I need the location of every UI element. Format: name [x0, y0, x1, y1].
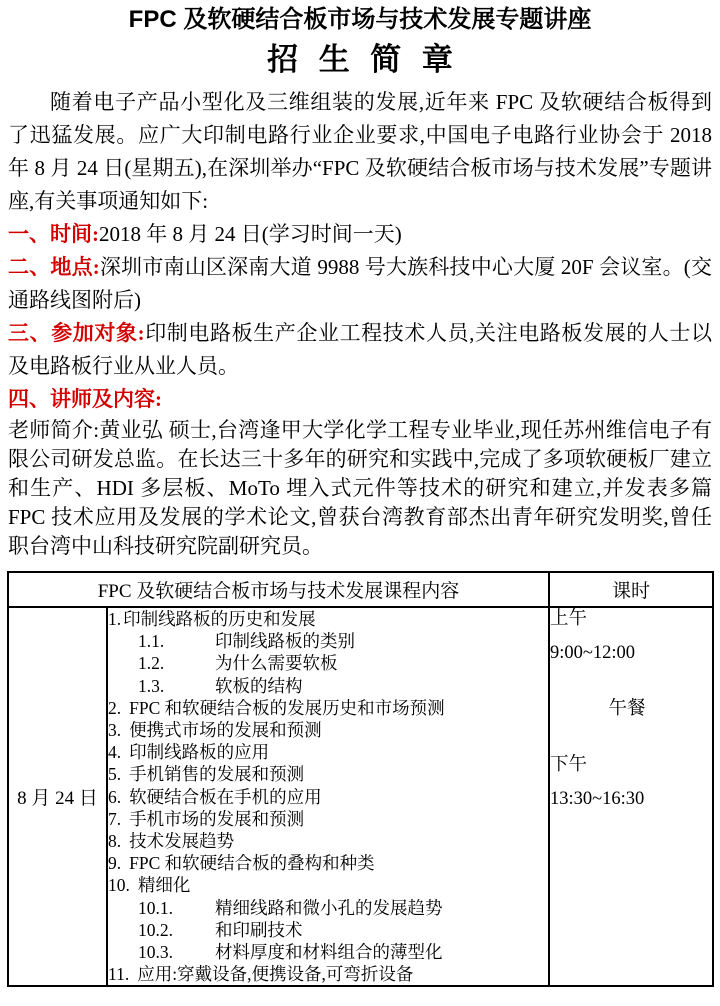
course-item-text: 精细线路和微小孔的发展趋势	[215, 898, 443, 918]
section-time: 一、时间:2018 年 8 月 24 日(学习时间一天)	[8, 218, 712, 251]
schedule-lunch-label: 午餐	[550, 698, 712, 720]
section-place-label: 二、地点:	[8, 255, 100, 279]
section-time-label: 一、时间:	[8, 222, 99, 246]
course-subitem: 10.3.材料厚度和材料组合的薄型化	[108, 941, 548, 963]
course-item: 5.手机销售的发展和预测	[108, 763, 548, 785]
date-cell: 8 月 24 日	[8, 607, 107, 986]
course-item: 3.便携式市场的发展和预测	[108, 719, 548, 741]
course-item-text: 应用:穿戴设备,便携设备,可弯折设备	[137, 964, 413, 984]
course-item: 10.精细化	[108, 874, 548, 896]
course-item-number: 10.	[108, 874, 130, 896]
section-content-label: 四、讲师及内容:	[8, 387, 162, 411]
course-item-number: 3.	[108, 719, 121, 741]
course-subitem: 1.2.为什么需要软板	[108, 652, 548, 674]
course-item-number: 1.3.	[138, 675, 215, 697]
course-item-number: 7.	[108, 808, 121, 830]
course-item-text: 和印刷技术	[215, 920, 303, 940]
course-item-text: FPC 和软硬结合板的叠构和种类	[129, 853, 375, 873]
course-item-text: 精细化	[138, 875, 191, 895]
course-item-number: 6.	[108, 786, 121, 808]
course-item: 8.技术发展趋势	[108, 830, 548, 852]
course-item-number: 4.	[108, 741, 121, 763]
section-content-heading: 四、讲师及内容:	[8, 383, 712, 416]
course-item: 7.手机市场的发展和预测	[108, 808, 548, 830]
course-item-text: FPC 和软硬结合板的发展历史和市场预测	[129, 698, 445, 718]
course-subitem: 1.1.印制线路板的类别	[108, 630, 548, 652]
course-item-text: 印制线路板的应用	[129, 742, 269, 762]
course-item-number: 1.	[108, 608, 121, 630]
section-time-text: 2018 年 8 月 24 日(学习时间一天)	[99, 222, 402, 246]
document-page: FPC 及软硬结合板市场与技术发展专题讲座 招 生 简 章 随着电子产品小型化及…	[0, 0, 720, 1006]
course-item-number: 10.2.	[138, 919, 215, 941]
course-subitem: 10.2.和印刷技术	[108, 919, 548, 941]
course-item-number: 10.1.	[138, 897, 215, 919]
course-subitem: 1.3.软板的结构	[108, 675, 548, 697]
course-item-text: 软硬结合板在手机的应用	[129, 787, 322, 807]
course-table-header-row: FPC 及软硬结合板市场与技术发展课程内容 课时	[8, 572, 713, 607]
course-list-cell: 1.印制线路板的历史和发展 1.1.印制线路板的类别 1.2.为什么需要软板 1…	[107, 607, 549, 986]
course-item-text: 手机市场的发展和预测	[129, 809, 304, 829]
schedule-morning-label: 上午	[550, 608, 712, 630]
course-item: 6.软硬结合板在手机的应用	[108, 786, 548, 808]
course-item-number: 9.	[108, 852, 121, 874]
body-text: 随着电子产品小型化及三维组装的发展,近年来 FPC 及软硬结合板得到了迅猛发展。…	[0, 86, 720, 561]
course-item-text: 手机销售的发展和预测	[129, 764, 304, 784]
course-item-number: 1.1.	[138, 630, 215, 652]
section-place-text: 深圳市南山区深南大道 9988 号大族科技中心大厦 20F 会议室。(交通路线图…	[8, 255, 712, 312]
course-item-text: 技术发展趋势	[129, 831, 234, 851]
schedule-afternoon-time: 13:30~16:30	[550, 788, 712, 810]
teacher-bio: 老师简介:黄业弘 硕士,台湾逢甲大学化学工程专业毕业,现任苏州维信电子有限公司研…	[8, 416, 712, 561]
page-subtitle: 招 生 简 章	[0, 41, 720, 78]
section-place: 二、地点:深圳市南山区深南大道 9988 号大族科技中心大厦 20F 会议室。(…	[8, 251, 712, 317]
course-item-number: 5.	[108, 763, 121, 785]
course-item-text: 为什么需要软板	[215, 653, 338, 673]
section-audience: 三、参加对象:印制电路板生产企业工程技术人员,关注电路板发展的人士以及电路板行业…	[8, 317, 712, 383]
course-item-number: 10.3.	[138, 941, 215, 963]
page-title: FPC 及软硬结合板市场与技术发展专题讲座	[0, 5, 720, 35]
course-item: 1.印制线路板的历史和发展	[108, 608, 548, 630]
course-item-text: 便携式市场的发展和预测	[129, 720, 322, 740]
course-item-number: 8.	[108, 830, 121, 852]
course-item-text: 软板的结构	[215, 676, 303, 696]
course-table: FPC 及软硬结合板市场与技术发展课程内容 课时 8 月 24 日 1.印制线路…	[7, 571, 714, 987]
course-item-number: 2.	[108, 697, 121, 719]
table-header-course-content: FPC 及软硬结合板市场与技术发展课程内容	[8, 572, 549, 607]
course-item-text: 印制线路板的类别	[215, 631, 355, 651]
course-item-number: 11.	[108, 963, 129, 985]
schedule-afternoon-label: 下午	[550, 754, 712, 776]
course-item-text: 印制线路板的历史和发展	[123, 609, 316, 629]
course-item-text: 材料厚度和材料组合的薄型化	[215, 942, 443, 962]
table-header-hours: 课时	[549, 572, 713, 607]
course-table-body-row: 8 月 24 日 1.印制线路板的历史和发展 1.1.印制线路板的类别 1.2.…	[8, 607, 713, 986]
course-subitem: 10.1.精细线路和微小孔的发展趋势	[108, 897, 548, 919]
course-item-number: 1.2.	[138, 652, 215, 674]
section-audience-label: 三、参加对象:	[8, 321, 145, 345]
schedule-morning-time: 9:00~12:00	[550, 642, 712, 664]
intro-paragraph: 随着电子产品小型化及三维组装的发展,近年来 FPC 及软硬结合板得到了迅猛发展。…	[8, 86, 712, 218]
course-item: 4.印制线路板的应用	[108, 741, 548, 763]
course-item: 2.FPC 和软硬结合板的发展历史和市场预测	[108, 697, 548, 719]
schedule-cell: 上午 9:00~12:00 午餐 下午 13:30~16:30	[549, 607, 713, 986]
course-item: 11.应用:穿戴设备,便携设备,可弯折设备	[108, 963, 548, 985]
course-item: 9.FPC 和软硬结合板的叠构和种类	[108, 852, 548, 874]
